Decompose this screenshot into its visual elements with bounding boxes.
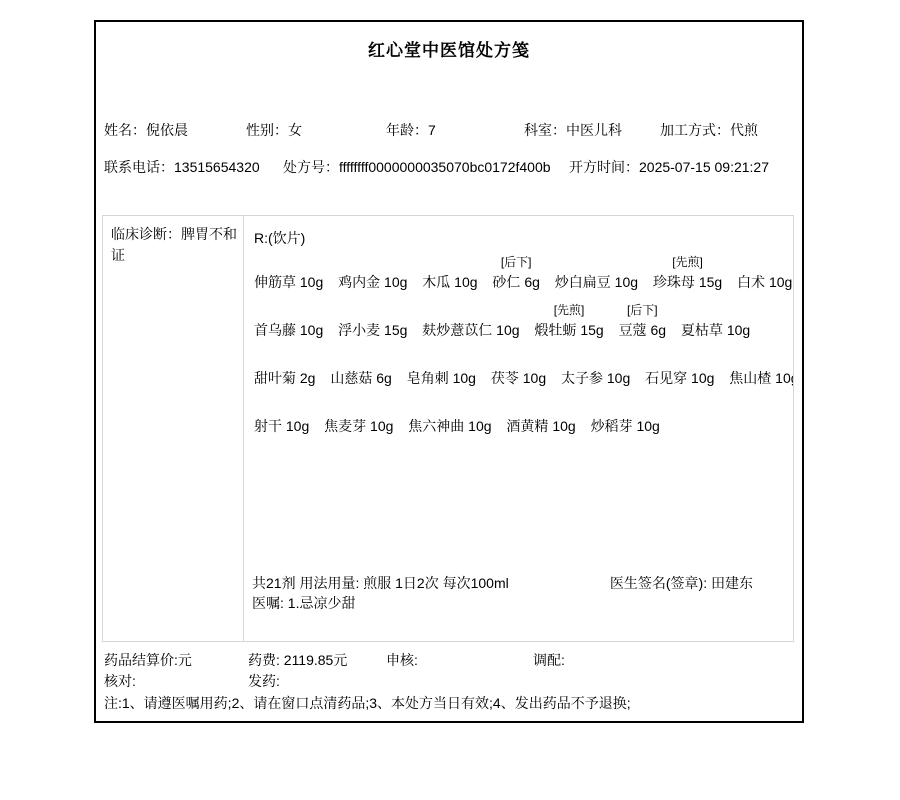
herb-annotation xyxy=(324,397,393,416)
herb-dose: 10g xyxy=(468,418,491,434)
patient-age-label: 年龄： xyxy=(386,122,428,138)
herb-annotation xyxy=(591,397,660,416)
herb-name-dose: 珍珠母 15g xyxy=(653,272,722,293)
herb-name: 珍珠母 xyxy=(653,274,695,290)
footer-note: 注:1、请遵医嘱用药;2、请在窗口点清药品;3、本处方当日有效;4、发出药品不予… xyxy=(104,693,631,714)
herb-dose: 15g xyxy=(699,274,722,290)
herb-name-dose: 焦山楂 10g xyxy=(729,368,793,389)
herb-annotation xyxy=(407,349,476,368)
phone-value: 13515654320 xyxy=(174,159,260,175)
herb-name-dose: 木瓜 10g xyxy=(422,272,477,293)
herb-name: 夏枯草 xyxy=(681,322,723,338)
prescription-no-label: 处方号： xyxy=(283,159,339,175)
herb-item: 夏枯草 10g xyxy=(681,301,750,341)
herb-annotation xyxy=(681,301,750,320)
review-field: 申核: xyxy=(386,650,418,671)
herb-item: [后下]砂仁 6g xyxy=(492,253,539,293)
prescription-body: 临床诊断：脾胃不和证 R:(饮片) 伸筋草 10g 鸡内金 10g 木瓜 10g… xyxy=(102,215,794,642)
herb-name: 茯苓 xyxy=(491,370,519,386)
herb-name-dose: 豆蔻 6g xyxy=(619,320,666,341)
herb-dose: 10g xyxy=(769,274,792,290)
doctor-signature-label: 医生签名(签章): xyxy=(610,575,707,591)
department-value: 中医儿科 xyxy=(566,122,622,138)
herb-dose: 6g xyxy=(650,322,666,338)
herb-annotation: [后下] xyxy=(492,253,539,272)
herb-annotation xyxy=(254,397,309,416)
herb-dose: 2g xyxy=(300,370,316,386)
herb-dose: 10g xyxy=(496,322,519,338)
herb-name: 首乌藤 xyxy=(254,322,296,338)
page-title: 红心堂中医馆处方笺 xyxy=(96,36,802,61)
herb-annotation xyxy=(422,301,519,320)
herb-item: 茯苓 10g xyxy=(491,349,546,389)
herb-dose: 10g xyxy=(691,370,714,386)
diagnosis-label: 临床诊断： xyxy=(111,226,181,242)
herb-dose: 15g xyxy=(580,322,603,338)
herb-dose: 10g xyxy=(384,274,407,290)
prescribe-time-value: 2025-07-15 09:21:27 xyxy=(639,159,769,175)
herb-item: 伸筋草 10g xyxy=(254,253,323,293)
herb-item: 甜叶菊 2g xyxy=(254,349,315,389)
herb-name-dose: 白术 10g xyxy=(737,272,792,293)
herb-name-dose: 伸筋草 10g xyxy=(254,272,323,293)
department-label: 科室： xyxy=(524,122,566,138)
herb-item: 酒黄精 10g xyxy=(506,397,575,437)
patient-gender-label: 性别： xyxy=(246,122,288,138)
herb-dose: 10g xyxy=(454,274,477,290)
drug-fee-field: 药费: 2119.85元 xyxy=(248,650,347,671)
herb-item: 太子参 10g xyxy=(561,349,630,389)
herb-name: 皂角刺 xyxy=(407,370,449,386)
patient-gender-value: 女 xyxy=(288,122,302,138)
patient-info-row-2: 联系电话：13515654320 处方号：ffffffff00000000350… xyxy=(96,157,802,177)
prescription-page: 红心堂中医馆处方笺 姓名：倪依晨 性别：女 年龄：7 科室：中医儿科 加工方式：… xyxy=(0,0,900,800)
herb-annotation: [先煎] xyxy=(534,301,603,320)
herb-name: 焦六神曲 xyxy=(408,418,464,434)
herb-line-2: 首乌藤 10g 浮小麦 15g 麸炒薏苡仁 10g [先煎]煅牡蛎 15g [后… xyxy=(254,301,783,341)
herb-name-dose: 首乌藤 10g xyxy=(254,320,323,341)
herb-annotation xyxy=(254,301,323,320)
herb-annotation xyxy=(555,253,638,272)
medical-advice-value: 1.忌凉少甜 xyxy=(288,595,356,611)
herb-annotation xyxy=(254,253,323,272)
herb-dose: 6g xyxy=(524,274,540,290)
herb-item: [先煎]珍珠母 15g xyxy=(653,253,722,293)
phone-field: 联系电话：13515654320 xyxy=(104,157,260,177)
herb-annotation: [后下] xyxy=(619,301,666,320)
herb-item: 炒稻芽 10g xyxy=(591,397,660,437)
herb-annotation xyxy=(506,397,575,416)
medical-advice-row: 医嘱: 1.忌凉少甜 xyxy=(252,593,783,613)
usage-value: 煎服 1日2次 每次100ml xyxy=(363,575,508,591)
processing-method-label: 加工方式： xyxy=(660,122,730,138)
herb-name: 豆蔻 xyxy=(619,322,647,338)
herb-name: 山慈菇 xyxy=(330,370,372,386)
herb-item: 木瓜 10g xyxy=(422,253,477,293)
herb-name: 石见穿 xyxy=(645,370,687,386)
herb-item: 焦麦芽 10g xyxy=(324,397,393,437)
rx-panel: R:(饮片) 伸筋草 10g 鸡内金 10g 木瓜 10g [后下]砂仁 6g … xyxy=(244,216,793,641)
herb-dose: 10g xyxy=(775,370,793,386)
herb-name: 木瓜 xyxy=(422,274,450,290)
doctor-signature: 医生签名(签章): 田建东 xyxy=(610,573,753,593)
herb-item: 射干 10g xyxy=(254,397,309,437)
herb-name-dose: 麸炒薏苡仁 10g xyxy=(422,320,519,341)
herb-name-dose: 炒白扁豆 10g xyxy=(555,272,638,293)
usage-label: 用法用量: xyxy=(299,575,359,591)
herb-annotation xyxy=(338,301,407,320)
settlement-price-field: 药品结算价:元 xyxy=(104,650,192,671)
herb-name: 焦麦芽 xyxy=(324,418,366,434)
herb-name-dose: 焦六神曲 10g xyxy=(408,416,491,437)
herb-annotation xyxy=(254,349,315,368)
prescription-frame: 红心堂中医馆处方笺 姓名：倪依晨 性别：女 年龄：7 科室：中医儿科 加工方式：… xyxy=(94,20,804,723)
total-doses: 共21剂 xyxy=(252,575,296,591)
herb-name: 炒白扁豆 xyxy=(555,274,611,290)
herb-item: 皂角刺 10g xyxy=(407,349,476,389)
herb-name: 煅牡蛎 xyxy=(534,322,576,338)
check-field: 核对: xyxy=(104,671,136,692)
patient-name-field: 姓名：倪依晨 xyxy=(104,120,188,140)
herb-dose: 6g xyxy=(376,370,392,386)
herb-annotation xyxy=(645,349,714,368)
herb-name: 鸡内金 xyxy=(338,274,380,290)
prescription-no-value: ffffffff0000000035070bc0172f400b xyxy=(339,159,551,175)
herb-name: 麸炒薏苡仁 xyxy=(422,322,492,338)
herb-line-4: 射干 10g 焦麦芽 10g 焦六神曲 10g 酒黄精 10g 炒稻芽 10g xyxy=(254,397,783,437)
herb-line-3: 甜叶菊 2g 山慈菇 6g 皂角刺 10g 茯苓 10g 太子参 10g 石见穿… xyxy=(254,349,783,389)
herb-dose: 10g xyxy=(727,322,750,338)
herb-name-dose: 甜叶菊 2g xyxy=(254,368,315,389)
usage-block: 共21剂 用法用量: 煎服 1日2次 每次100ml 医生签名(签章): 田建东… xyxy=(252,573,783,613)
herb-name: 射干 xyxy=(254,418,282,434)
herb-name-dose: 茯苓 10g xyxy=(491,368,546,389)
herb-item: 鸡内金 10g xyxy=(338,253,407,293)
herb-item: 焦山楂 10g xyxy=(729,349,793,389)
herb-annotation xyxy=(330,349,391,368)
herb-name-dose: 炒稻芽 10g xyxy=(591,416,660,437)
herb-annotation: [先煎] xyxy=(653,253,722,272)
herb-dose: 15g xyxy=(384,322,407,338)
herb-name-dose: 砂仁 6g xyxy=(492,272,539,293)
dosage-summary-row: 共21剂 用法用量: 煎服 1日2次 每次100ml 医生签名(签章): 田建东 xyxy=(252,573,783,593)
herb-name-dose: 太子参 10g xyxy=(561,368,630,389)
doctor-signature-name: 田建东 xyxy=(711,575,753,591)
herb-name: 甜叶菊 xyxy=(254,370,296,386)
herb-dose: 10g xyxy=(552,418,575,434)
herb-name: 酒黄精 xyxy=(506,418,548,434)
herb-annotation xyxy=(422,253,477,272)
herb-name-dose: 煅牡蛎 15g xyxy=(534,320,603,341)
herb-dose: 10g xyxy=(607,370,630,386)
footer-row-2: 核对: 发药: xyxy=(96,671,802,692)
herb-name-dose: 夏枯草 10g xyxy=(681,320,750,341)
herb-dose: 10g xyxy=(523,370,546,386)
herb-name-dose: 石见穿 10g xyxy=(645,368,714,389)
herb-annotation xyxy=(737,253,792,272)
herb-name: 砂仁 xyxy=(492,274,520,290)
herb-item: 山慈菇 6g xyxy=(330,349,391,389)
herb-annotation xyxy=(491,349,546,368)
herb-name: 太子参 xyxy=(561,370,603,386)
issue-field: 发药: xyxy=(248,671,280,692)
herb-annotation xyxy=(408,397,491,416)
patient-name-value: 倪依晨 xyxy=(146,122,188,138)
herb-dose: 10g xyxy=(370,418,393,434)
herb-line-1: 伸筋草 10g 鸡内金 10g 木瓜 10g [后下]砂仁 6g 炒白扁豆 10… xyxy=(254,253,783,293)
herb-name-dose: 浮小麦 15g xyxy=(338,320,407,341)
prescribe-time-field: 开方时间：2025-07-15 09:21:27 xyxy=(569,157,769,177)
herb-dose: 10g xyxy=(300,274,323,290)
herb-dose: 10g xyxy=(286,418,309,434)
prescription-no-field: 处方号：ffffffff0000000035070bc0172f400b xyxy=(283,157,551,177)
herb-name: 焦山楂 xyxy=(729,370,771,386)
herb-dose: 10g xyxy=(300,322,323,338)
processing-method-value: 代煎 xyxy=(730,122,758,138)
clinical-diagnosis-panel: 临床诊断：脾胃不和证 xyxy=(103,216,244,641)
herb-name-dose: 焦麦芽 10g xyxy=(324,416,393,437)
patient-info-row-1: 姓名：倪依晨 性别：女 年龄：7 科室：中医儿科 加工方式：代煎 xyxy=(96,120,802,140)
herb-item: 麸炒薏苡仁 10g xyxy=(422,301,519,341)
herb-dose: 10g xyxy=(636,418,659,434)
herb-name: 白术 xyxy=(737,274,765,290)
department-field: 科室：中医儿科 xyxy=(524,120,622,140)
patient-name-label: 姓名： xyxy=(104,122,146,138)
herb-name-dose: 射干 10g xyxy=(254,416,309,437)
herb-name-dose: 鸡内金 10g xyxy=(338,272,407,293)
rx-header: R:(饮片) xyxy=(254,228,783,248)
footer-row-1: 药品结算价:元 药费: 2119.85元 申核: 调配: xyxy=(96,650,802,671)
herb-item: [后下]豆蔻 6g xyxy=(619,301,666,341)
herb-name: 炒稻芽 xyxy=(591,418,633,434)
herb-dose: 10g xyxy=(615,274,638,290)
herb-item: 焦六神曲 10g xyxy=(408,397,491,437)
phone-label: 联系电话： xyxy=(104,159,174,175)
processing-method-field: 加工方式：代煎 xyxy=(660,120,758,140)
prescribe-time-label: 开方时间： xyxy=(569,159,639,175)
patient-age-value: 7 xyxy=(428,122,436,138)
herb-annotation xyxy=(338,253,407,272)
dispense-prepare-field: 调配: xyxy=(533,650,565,671)
herb-item: 石见穿 10g xyxy=(645,349,714,389)
herb-item: 浮小麦 15g xyxy=(338,301,407,341)
herb-annotation xyxy=(561,349,630,368)
dosage-summary: 共21剂 用法用量: 煎服 1日2次 每次100ml xyxy=(252,573,509,593)
medical-advice-label: 医嘱: xyxy=(252,595,284,611)
herb-name: 浮小麦 xyxy=(338,322,380,338)
herb-item: 炒白扁豆 10g xyxy=(555,253,638,293)
herb-name-dose: 山慈菇 6g xyxy=(330,368,391,389)
herb-item: [先煎]煅牡蛎 15g xyxy=(534,301,603,341)
patient-gender-field: 性别：女 xyxy=(246,120,302,140)
herb-item: 白术 10g xyxy=(737,253,792,293)
patient-age-field: 年龄：7 xyxy=(386,120,436,140)
herb-name-dose: 皂角刺 10g xyxy=(407,368,476,389)
herb-dose: 10g xyxy=(453,370,476,386)
herb-item: 首乌藤 10g xyxy=(254,301,323,341)
herb-name-dose: 酒黄精 10g xyxy=(506,416,575,437)
herb-name: 伸筋草 xyxy=(254,274,296,290)
herb-annotation xyxy=(729,349,793,368)
